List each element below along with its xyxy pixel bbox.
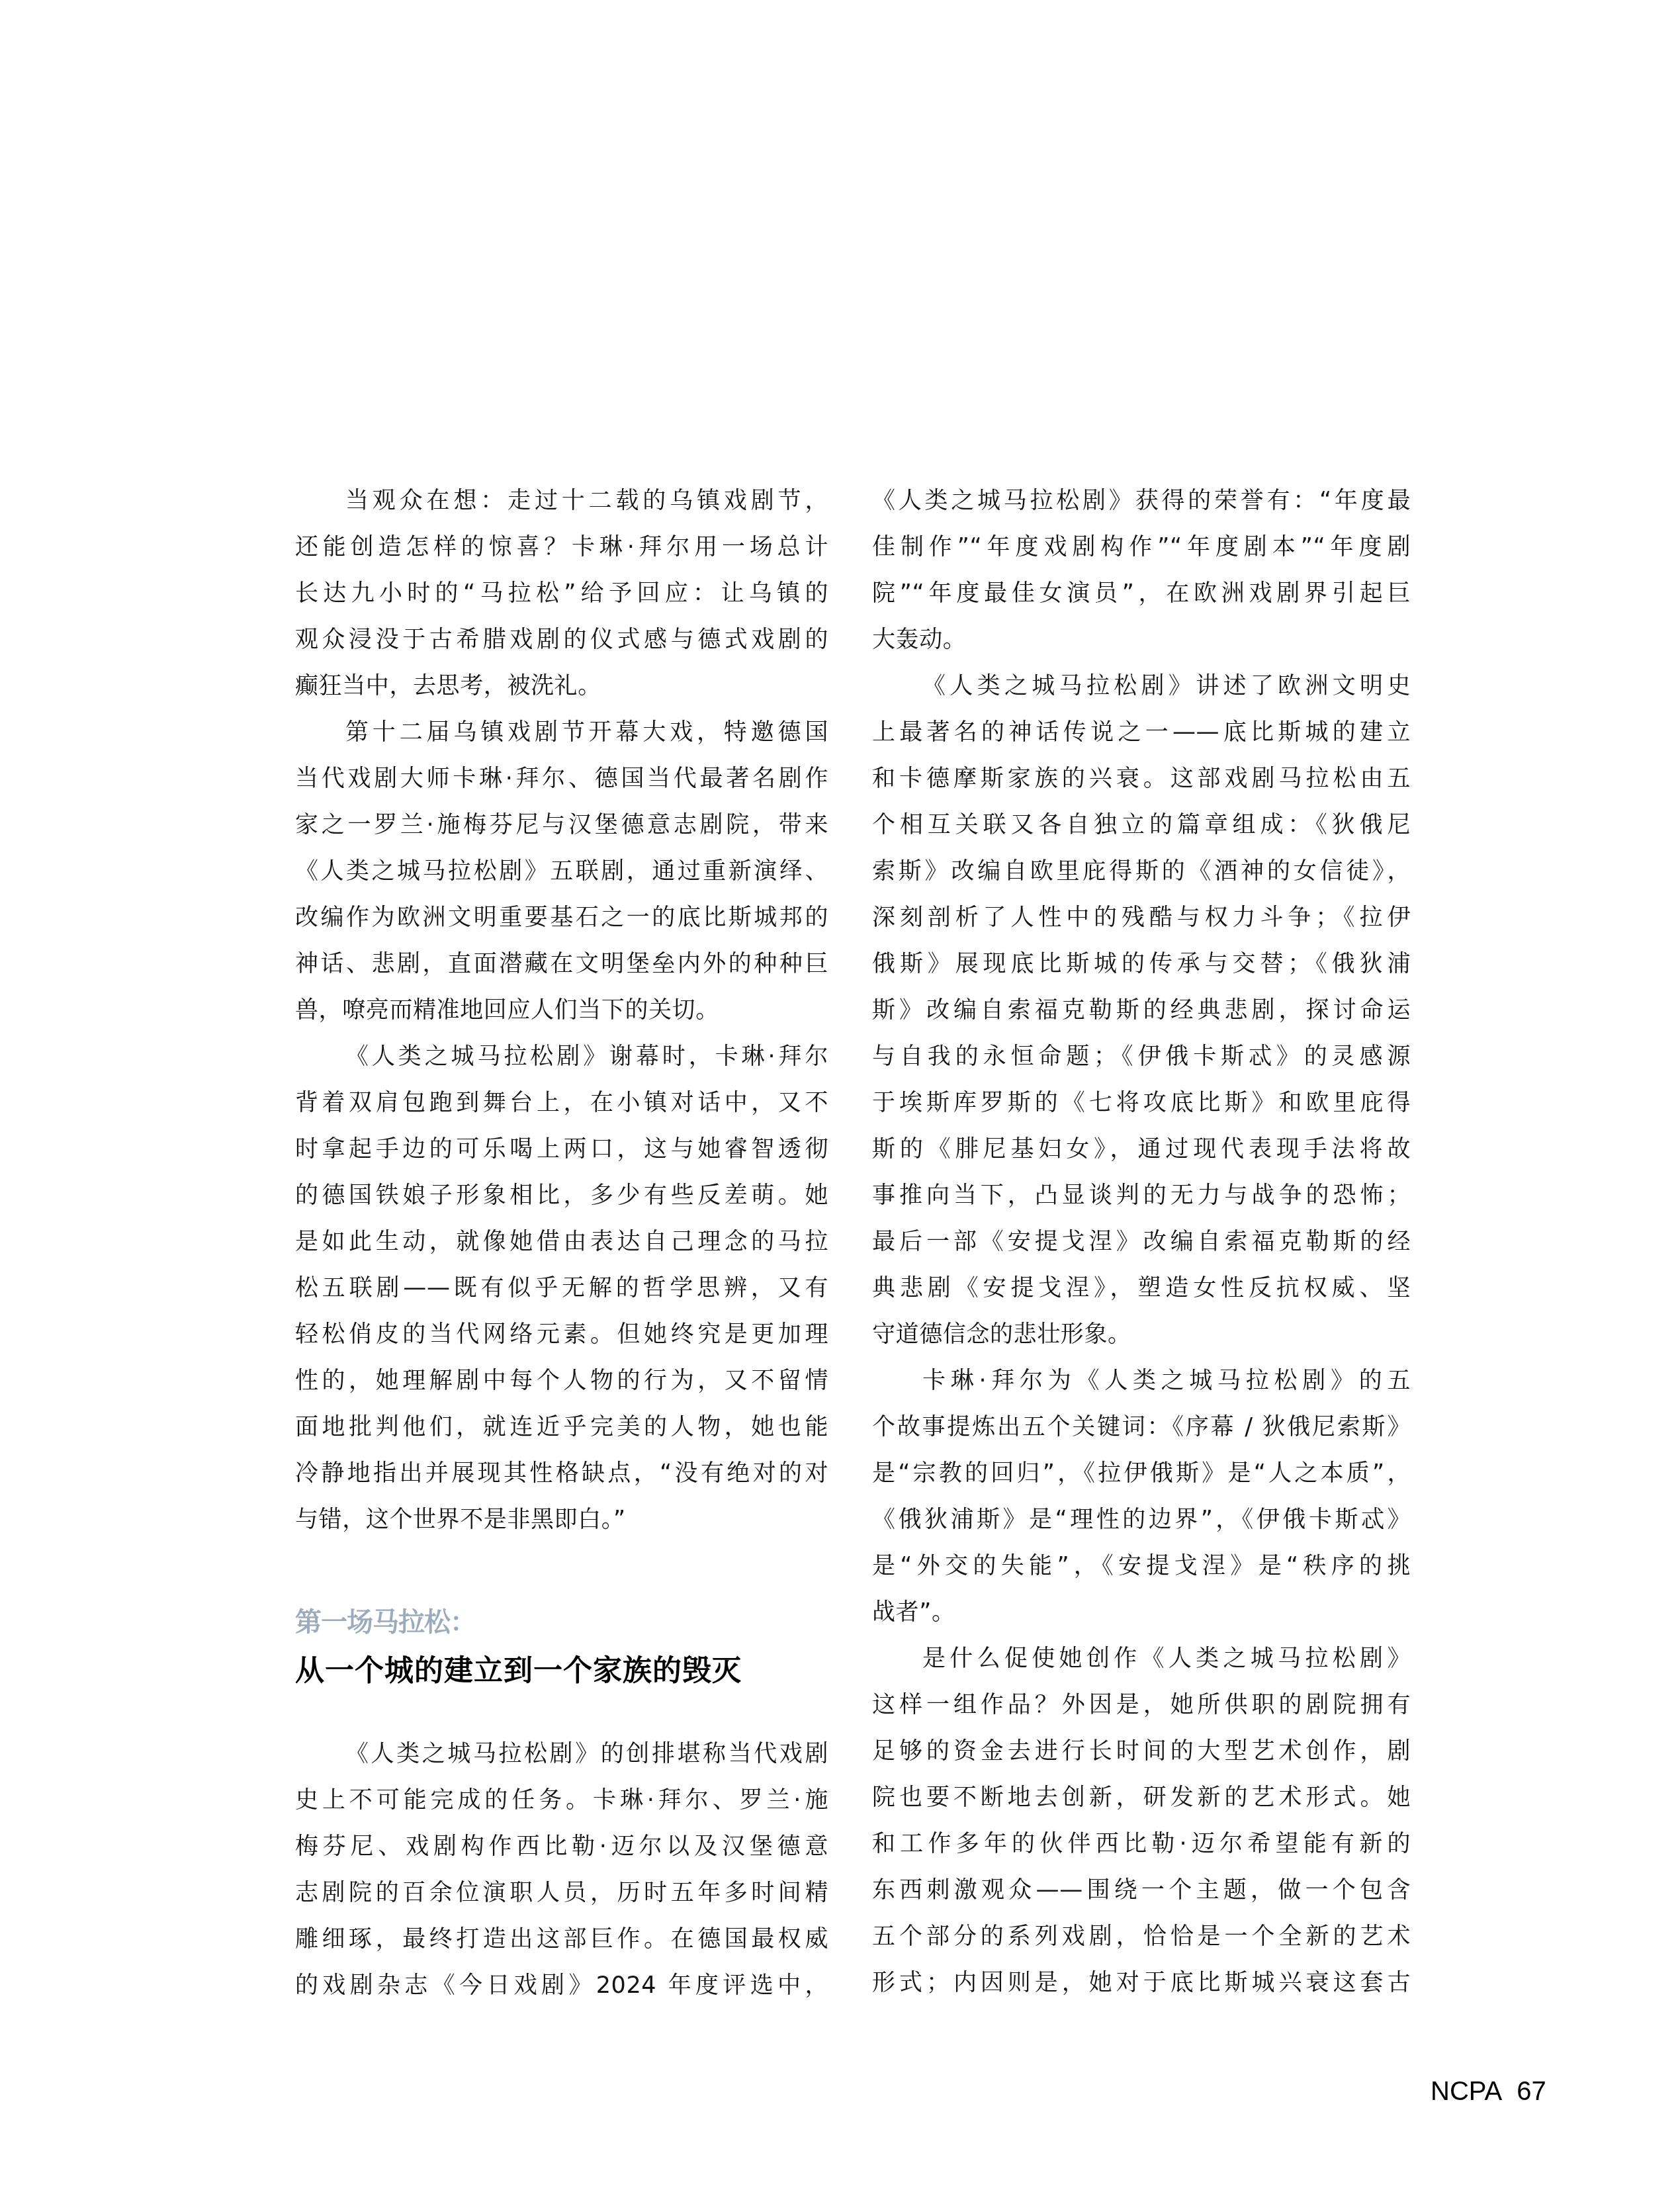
left-block-2: 《人类之城马拉松剧》的创排堪称当代戏剧史上不可能完成的任务。卡琳·拜尔、罗兰·施…: [295, 1731, 828, 2009]
paragraph-first-line: 《人类之城马拉松剧》谢幕时，卡琳·拜尔: [295, 1033, 828, 1080]
text-line: 梅芬尼、戏剧构作西比勒·迈尔以及汉堡德意: [295, 1823, 828, 1870]
text-line: 还能创造怎样的惊喜？卡琳·拜尔用一场总计: [295, 524, 828, 570]
text-line: 背着双肩包跑到舞台上，在小镇对话中，又不: [295, 1080, 828, 1126]
text-line: 大轰动。: [872, 617, 1411, 663]
text-line: 是“外交的失能”，《安提戈涅》是“秩序的挑: [872, 1543, 1411, 1589]
text-line: 志剧院的百余位演职人员，历时五年多时间精: [295, 1870, 828, 1916]
section-heading: 从一个城的建立到一个家族的毁灭: [295, 1651, 742, 1691]
text-line: 院也要不断地去创新，研发新的艺术形式。她: [872, 1774, 1411, 1821]
text-line: 战者”。: [872, 1589, 1411, 1636]
text-line: 索斯》改编自欧里庇得斯的《酒神的女信徒》，: [872, 848, 1411, 895]
text-line: 最后一部《安提戈涅》改编自索福克勒斯的经: [872, 1219, 1411, 1265]
paragraph-first-line: 是什么促使她创作《人类之城马拉松剧》: [872, 1636, 1411, 1682]
page-number: 67: [1517, 2077, 1546, 2106]
left-column-after-heading: 《人类之城马拉松剧》的创排堪称当代戏剧史上不可能完成的任务。卡琳·拜尔、罗兰·施…: [295, 1731, 828, 2009]
text-line: 神话、悲剧，直面潜藏在文明堡垒内外的种种巨: [295, 941, 828, 987]
text-line: 于埃斯库罗斯的《七将攻底比斯》和欧里庇得: [872, 1080, 1411, 1126]
paragraph-first-line: 卡琳·拜尔为《人类之城马拉松剧》的五: [872, 1358, 1411, 1404]
text-line: 兽，嘹亮而精准地回应人们当下的关切。: [295, 987, 828, 1033]
text-line: 佳制作”“年度戏剧构作”“年度剧本”“年度剧: [872, 524, 1411, 570]
text-line: 五个部分的系列戏剧，恰恰是一个全新的艺术: [872, 1913, 1411, 1960]
publication-name: NCPA: [1431, 2077, 1502, 2106]
text-line: 形式；内因则是，她对于底比斯城兴衰这套古: [872, 1960, 1411, 2006]
text-line: 松五联剧——既有似乎无解的哲学思辨，又有: [295, 1265, 828, 1311]
text-line: 《人类之城马拉松剧》获得的荣誉有：“年度最: [872, 478, 1411, 524]
text-line: 东西刺激观众——围绕一个主题，做一个包含: [872, 1867, 1411, 1913]
text-line: 和卡德摩斯家族的兴衰。这部戏剧马拉松由五: [872, 756, 1411, 802]
left-block-1: 当观众在想：走过十二载的乌镇戏剧节，还能创造怎样的惊喜？卡琳·拜尔用一场总计长达…: [295, 478, 828, 1543]
text-line: 性的，她理解剧中每个人物的行为，又不留情: [295, 1358, 828, 1404]
paragraph-first-line: 当观众在想：走过十二载的乌镇戏剧节，: [295, 478, 828, 524]
text-line: 长达九小时的“马拉松”给予回应：让乌镇的: [295, 570, 828, 617]
text-line: 斯》改编自索福克勒斯的经典悲剧，探讨命运: [872, 987, 1411, 1033]
left-column: 当观众在想：走过十二载的乌镇戏剧节，还能创造怎样的惊喜？卡琳·拜尔用一场总计长达…: [295, 478, 828, 1543]
text-line: 的德国铁娘子形象相比，多少有些反差萌。她: [295, 1172, 828, 1219]
text-line: 当代戏剧大师卡琳·拜尔、德国当代最著名剧作: [295, 756, 828, 802]
text-line: 冷静地指出并展现其性格缺点，“没有绝对的对: [295, 1450, 828, 1497]
text-line: 和工作多年的伙伴西比勒·迈尔希望能有新的: [872, 1821, 1411, 1867]
text-line: 观众浸没于古希腊戏剧的仪式感与德式戏剧的: [295, 617, 828, 663]
text-line: 守道德信念的悲壮形象。: [872, 1311, 1411, 1358]
text-line: 癫狂当中，去思考，被洗礼。: [295, 663, 828, 709]
text-line: 面地批判他们，就连近乎完美的人物，她也能: [295, 1404, 828, 1450]
text-line: 与自我的永恒命题；《伊俄卡斯忒》的灵感源: [872, 1033, 1411, 1080]
paragraph-first-line: 《人类之城马拉松剧》讲述了欧洲文明史: [872, 663, 1411, 709]
text-line: 个故事提炼出五个关键词：《序幕 / 狄俄尼索斯》: [872, 1404, 1411, 1450]
right-block: 《人类之城马拉松剧》获得的荣誉有：“年度最佳制作”“年度戏剧构作”“年度剧本”“…: [872, 478, 1411, 2006]
text-line: 家之一罗兰·施梅芬尼与汉堡德意志剧院，带来: [295, 802, 828, 848]
text-line: 与错，这个世界不是非黑即白。”: [295, 1497, 828, 1543]
text-line: 斯的《腓尼基妇女》，通过现代表现手法将故: [872, 1126, 1411, 1172]
text-line: 改编作为欧洲文明重要基石之一的底比斯城邦的: [295, 895, 828, 941]
text-line: 时拿起手边的可乐喝上两口，这与她睿智透彻: [295, 1126, 828, 1172]
text-line: 史上不可能完成的任务。卡琳·拜尔、罗兰·施: [295, 1777, 828, 1823]
text-line: 《人类之城马拉松剧》五联剧，通过重新演绎、: [295, 848, 828, 895]
section-kicker: 第一场马拉松：: [295, 1605, 476, 1640]
text-line: 俄斯》展现底比斯城的传承与交替；《俄狄浦: [872, 941, 1411, 987]
text-line: 院”“年度最佳女演员”，在欧洲戏剧界引起巨: [872, 570, 1411, 617]
paragraph-first-line: 第十二届乌镇戏剧节开幕大戏，特邀德国: [295, 709, 828, 756]
paragraph-first-line: 《人类之城马拉松剧》的创排堪称当代戏剧: [295, 1731, 828, 1777]
text-line: 的戏剧杂志《今日戏剧》2024 年度评选中，: [295, 1962, 828, 2009]
text-line: 个相互关联又各自独立的篇章组成：《狄俄尼: [872, 802, 1411, 848]
text-line: 《俄狄浦斯》是“理性的边界”，《伊俄卡斯忒》: [872, 1497, 1411, 1543]
text-line: 上最著名的神话传说之一——底比斯城的建立: [872, 709, 1411, 756]
text-line: 深刻剖析了人性中的残酷与权力斗争；《拉伊: [872, 895, 1411, 941]
text-line: 是“宗教的回归”，《拉伊俄斯》是“人之本质”，: [872, 1450, 1411, 1497]
text-line: 雕细琢，最终打造出这部巨作。在德国最权威: [295, 1916, 828, 1962]
right-column: 《人类之城马拉松剧》获得的荣誉有：“年度最佳制作”“年度戏剧构作”“年度剧本”“…: [872, 478, 1411, 2006]
text-line: 轻松俏皮的当代网络元素。但她终究是更加理: [295, 1311, 828, 1358]
text-line: 事推向当下，凸显谈判的无力与战争的恐怖；: [872, 1172, 1411, 1219]
text-line: 典悲剧《安提戈涅》，塑造女性反抗权威、坚: [872, 1265, 1411, 1311]
page-footer: NCPA67: [1431, 2075, 1546, 2108]
text-line: 是如此生动，就像她借由表达自己理念的马拉: [295, 1219, 828, 1265]
text-line: 这样一组作品？外因是，她所供职的剧院拥有: [872, 1682, 1411, 1728]
text-line: 足够的资金去进行长时间的大型艺术创作，剧: [872, 1728, 1411, 1774]
